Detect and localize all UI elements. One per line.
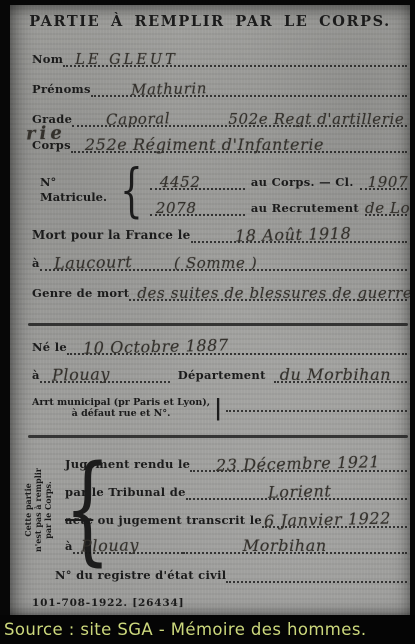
grade-value: Caporal bbox=[106, 109, 171, 128]
field-row-lieu-mort: à Laucourt ( Somme ) bbox=[32, 251, 407, 271]
dotted-line: 4452 bbox=[150, 170, 245, 190]
struck-word: acte bbox=[65, 513, 93, 527]
naissance-value: Plouay bbox=[52, 364, 110, 384]
print-reference: 101-708-1922. [26434] bbox=[32, 597, 184, 609]
ne-le-label: Né le bbox=[32, 340, 67, 355]
jugement-label: Jugement rendu le bbox=[65, 457, 190, 472]
grade-extra-value: 502e Regt d'artillerie bbox=[228, 110, 404, 128]
lieu-transcription-a-label: à bbox=[65, 539, 73, 554]
matricule-recrutement-number: 2078 bbox=[156, 199, 197, 217]
dotted-line: du Morbihan bbox=[274, 362, 407, 383]
field-row-genre-mort: Genre de mort des suites de blessures de… bbox=[32, 281, 407, 301]
field-row-transcription: acte ou jugement transcrit le 6 Janvier … bbox=[65, 508, 407, 528]
prenoms-label: Prénoms bbox=[32, 82, 91, 97]
au-recrutement-label: au Recrutement bbox=[251, 201, 359, 216]
lieu-transcription-value: Plouay bbox=[81, 535, 139, 555]
dotted-line: Morbihan bbox=[183, 533, 407, 554]
lieu-transcription-dept-value: Morbihan bbox=[243, 536, 327, 555]
classe-value: 1907 bbox=[368, 173, 409, 191]
matricule-label: N° Matricule. bbox=[40, 175, 113, 205]
matricule-row-corps: 4452 au Corps. — Cl. 1907 bbox=[150, 164, 407, 190]
genre-mort-value: des suites de blessures de guerre bbox=[137, 284, 410, 302]
field-row-mort: Mort pour la France le 18 Août 1918 bbox=[32, 223, 407, 243]
dotted-line: 18 Août 1918 bbox=[191, 222, 407, 243]
field-row-lieu-transcription: à Plouay Morbihan bbox=[65, 534, 407, 554]
tribunal-value: Lorient bbox=[268, 481, 332, 501]
arrondissement-label: Arrt municipal (pr Paris et Lyon), à déf… bbox=[32, 397, 210, 419]
field-row-ne-le: Né le 10 Octobre 1887 bbox=[32, 335, 407, 355]
scanned-document-page: PARTIE À REMPLIR PAR LE CORPS. Nom LE GL… bbox=[0, 0, 415, 644]
dotted-line: Plouay bbox=[40, 362, 170, 383]
lieu-mort-a-label: à bbox=[32, 256, 40, 271]
card-title: PARTIE À REMPLIR PAR LE CORPS. bbox=[10, 13, 410, 30]
departement-value: du Morbihan bbox=[280, 365, 391, 384]
field-row-corps: Corps rie 252e Régiment d'Infanterie bbox=[32, 133, 407, 153]
dotted-line: Plouay bbox=[73, 533, 183, 554]
dotted-line bbox=[226, 400, 407, 412]
vertical-bar-icon: | bbox=[214, 395, 222, 421]
dotted-line: 10 Octobre 1887 bbox=[67, 334, 407, 355]
dotted-line: des suites de blessures de guerre bbox=[129, 281, 407, 301]
field-row-grade: Grade Caporal 502e Regt d'artillerie bbox=[32, 107, 407, 127]
field-row-prenoms: Prénoms Mathurin bbox=[32, 77, 407, 97]
departement-label: Département bbox=[178, 368, 266, 383]
ne-le-value: 10 Octobre 1887 bbox=[83, 335, 229, 357]
lieu-mort-value: Laucourt bbox=[54, 252, 133, 273]
prenoms-value: Mathurin bbox=[131, 79, 207, 99]
dotted-line: de Lorient bbox=[365, 196, 407, 216]
dotted-line: 252e Régiment d'Infanterie bbox=[71, 132, 407, 153]
dotted-line: 23 Décembre 1921 bbox=[190, 451, 407, 472]
matricule-block: N° Matricule. { 4452 au Corps. — Cl. 190… bbox=[40, 163, 407, 217]
mort-date-value: 18 Août 1918 bbox=[234, 224, 351, 246]
transcription-date-value: 6 Janvier 1922 bbox=[264, 509, 391, 531]
source-caption: Source : site SGA - Mémoire des hommes. bbox=[0, 620, 366, 639]
field-row-arrondissement: Arrt municipal (pr Paris et Lyon), à déf… bbox=[32, 393, 407, 419]
corps-label: Corps rie bbox=[32, 138, 71, 153]
naissance-a-label: à bbox=[32, 368, 40, 383]
matricule-row-recrutement: 2078 au Recrutement de Lorient bbox=[150, 190, 407, 216]
tribunal-label: par le Tribunal de bbox=[65, 485, 186, 500]
recrutement-value: de Lorient bbox=[365, 199, 410, 217]
dotted-line: Lorient bbox=[186, 479, 407, 500]
matricule-corps-number: 4452 bbox=[160, 173, 201, 191]
dotted-line: 2078 bbox=[150, 196, 245, 216]
dotted-line: 1907 bbox=[360, 170, 407, 190]
brace-icon: { bbox=[120, 163, 143, 217]
dotted-line: LE GLEUT bbox=[63, 49, 407, 67]
corps-value: 252e Régiment d'Infanterie bbox=[85, 135, 324, 154]
dotted-line: Mathurin bbox=[91, 77, 407, 97]
field-row-jugement: Jugement rendu le 23 Décembre 1921 bbox=[65, 452, 407, 472]
au-corps-label: au Corps. — Cl. bbox=[251, 175, 354, 190]
genre-mort-label: Genre de mort bbox=[32, 286, 129, 301]
side-note: Cette partie n'est pas à remplir par le … bbox=[18, 452, 58, 568]
dotted-line bbox=[226, 581, 407, 583]
field-row-nom: Nom LE GLEUT bbox=[32, 47, 407, 67]
field-row-naissance: à Plouay Département du Morbihan bbox=[32, 363, 407, 383]
record-card: PARTIE À REMPLIR PAR LE CORPS. Nom LE GL… bbox=[10, 5, 410, 615]
dotted-line: 6 Janvier 1922 bbox=[262, 507, 407, 528]
field-row-tribunal: par le Tribunal de Lorient bbox=[65, 480, 407, 500]
registre-label: N° du registre d'état civil bbox=[55, 568, 226, 583]
field-row-registre: N° du registre d'état civil bbox=[55, 567, 407, 583]
corps-overlap-handwriting: rie bbox=[26, 123, 66, 145]
nom-label: Nom bbox=[32, 52, 63, 67]
nom-value: LE GLEUT bbox=[75, 52, 178, 68]
transcription-label: acte ou jugement transcrit le bbox=[65, 513, 262, 528]
source-caption-bar: Source : site SGA - Mémoire des hommes. bbox=[0, 615, 415, 644]
lieu-mort-dept-value: ( Somme ) bbox=[174, 254, 257, 272]
mort-label: Mort pour la France le bbox=[32, 228, 191, 243]
section-divider bbox=[28, 435, 408, 438]
section-divider bbox=[28, 323, 408, 326]
dotted-line: Caporal 502e Regt d'artillerie bbox=[72, 107, 407, 127]
dotted-line: Laucourt ( Somme ) bbox=[40, 250, 407, 271]
jugement-date-value: 23 Décembre 1921 bbox=[216, 452, 380, 475]
